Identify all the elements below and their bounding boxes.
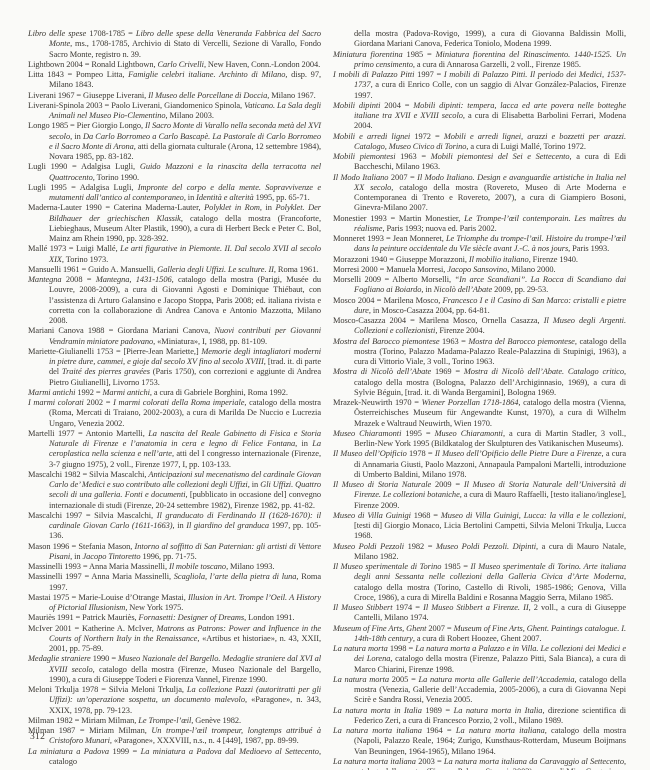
- entry-text: Longo 1985 = Pier Giorgio Longo,: [28, 121, 145, 130]
- entry-text: , a cura di Annarosa Garzelli, 2 voll., …: [413, 60, 581, 69]
- page-number: 312: [30, 732, 45, 742]
- entry-title-text: La natura morta italiana da Caravaggio a…: [444, 757, 624, 766]
- entry-text: , Paris 1993; nuova ed. Paris 2002.: [382, 224, 496, 233]
- entry-text: Mauriès 1991 = Patrick Mauriès,: [28, 613, 139, 622]
- entry-text: , in: [421, 285, 433, 294]
- entry-text: 1995 =: [401, 429, 434, 438]
- entry-text: , ms., 1708-1785, Archivio di Stato di V…: [49, 39, 321, 58]
- bibliography-entry: Miniatura fiorentina 1985 = Miniatura fi…: [333, 50, 626, 71]
- bibliography-entry: La natura morta 2005 = La natura morta a…: [333, 675, 626, 706]
- right-column: della mostra (Padova-Rovigo, 1999), a cu…: [333, 29, 626, 770]
- entry-text: , Milano 1967.: [267, 91, 315, 100]
- entry-title-text: Il Museo dell’Opificio: [333, 449, 407, 458]
- bibliography-entry: Monestier 1993 = Martin Monestier, Le Tr…: [333, 214, 626, 235]
- bibliography-entry: Massinelli 1993 = Anna Maria Massinelli,…: [28, 562, 321, 572]
- entry-text: 1978 =: [407, 449, 435, 458]
- entry-text: , in: [173, 521, 187, 530]
- bibliography-entry: Mauriès 1991 = Patrick Mauriès, Fornaset…: [28, 613, 321, 623]
- entry-title-text: Polyklet in Rom: [204, 203, 260, 212]
- bibliography-entry: Martelli 1977 = Antonio Martelli, La nas…: [28, 429, 321, 470]
- entry-text: , in: [184, 193, 196, 202]
- entry-text: , Genève 1982.: [191, 716, 241, 725]
- entry-text: 1995, pp. 65-71.: [254, 193, 310, 202]
- entry-title-text: Scagliola, l’arte della pietra di luna: [174, 572, 297, 581]
- entry-title-text: Il Museo delle Porcellane di Doccia: [148, 91, 267, 100]
- entry-title-text: La natura morta in Italia: [333, 706, 422, 715]
- entry-text: 1992 =: [75, 388, 102, 397]
- entry-title-text: Mobili e arredi lignei: [333, 132, 410, 141]
- entry-title-text: I marmi colorati della Roma imperiale: [113, 398, 244, 407]
- bibliography-entry: Lugli 1990 = Adalgisa Lugli, Guido Mazzo…: [28, 162, 321, 183]
- entry-text: Morazzoni 1940 = Giuseppe Morazzoni,: [333, 255, 469, 264]
- entry-text: 1963 =: [395, 152, 430, 161]
- bibliography-entry: Mantegna 2008 = Mantegna, 1431-1506, cat…: [28, 275, 321, 326]
- entry-text: , in: [260, 203, 276, 212]
- entry-text: Mascalchi 1982 = Silvia Mascalchi,: [28, 470, 148, 479]
- entry-text: Monestier 1993 = Martin Monestier,: [333, 214, 464, 223]
- bibliography-entry: Marmi antichi 1992 = Marmi antichi, a cu…: [28, 388, 321, 398]
- entry-text: , Paris 1993.: [568, 244, 609, 253]
- bibliography-entry: Longo 1985 = Pier Giorgio Longo, Il Sacr…: [28, 121, 321, 162]
- entry-text: 1963 =: [440, 337, 469, 346]
- bibliography-entry: Mascalchi 1997 = Silvia Mascalchi, Il gr…: [28, 511, 321, 542]
- entry-text: Morresi 2000 = Manuela Morresi,: [333, 265, 447, 274]
- entry-text: , Roma 1961.: [274, 265, 318, 274]
- entry-title-text: Il Museo sperimentale di Torino: [333, 562, 441, 571]
- bibliography-entry: Liverani 1967 = Giuseppe Liverani, Il Mu…: [28, 91, 321, 101]
- bibliography-entry: Mascalchi 1982 = Silvia Mascalchi, Antic…: [28, 470, 321, 511]
- entry-text: Mallé 1973 = Luigi Mallé,: [28, 244, 120, 253]
- entry-text: 1996, pp. 71-75.: [141, 552, 197, 561]
- entry-text: Mansuelli 1961 = Guido A. Mansuelli,: [28, 265, 157, 274]
- entry-text: , Firenze 1940.: [529, 255, 578, 264]
- entry-title-text: Mobili piemontesi del Sei e Settecento: [431, 152, 570, 161]
- bibliography-entry: Il Modo Italiano 2007 = Il Modo Italiano…: [333, 173, 626, 214]
- bibliography-entry: Mobili e arredi lignei 1972 = Mobili e a…: [333, 132, 626, 153]
- bibliography-entry: Mastai 1975 = Marie-Louise d’Otrange Mas…: [28, 593, 321, 614]
- entry-text: Morselli 2009 = Alberto Morselli,: [333, 275, 455, 284]
- entry-title-text: Museo Chiaramonti: [435, 429, 503, 438]
- entry-title-text: Nicolò dell’Abate: [434, 285, 492, 294]
- entry-title-text: Museo Chiaramonti: [333, 429, 401, 438]
- bibliography-entry: I marmi colorati 2002 = I marmi colorati…: [28, 398, 321, 429]
- entry-text: , New Haven, Conn.-London 2004.: [204, 60, 320, 69]
- bibliography-entry: Libro delle spese 1708-1785 = Libro dell…: [28, 29, 321, 60]
- entry-text: Lightbown 2004 = Ronald Lightbown,: [28, 60, 158, 69]
- bibliography-entry: McIver 2001 = Katherine A. McIver, Matro…: [28, 624, 321, 655]
- entry-title-text: Il mobilio italiano: [469, 255, 529, 264]
- entry-text: 1974 =: [392, 603, 423, 612]
- bibliography-entry: Il Museo dell’Opificio 1978 = Il Museo d…: [333, 449, 626, 480]
- entry-text: 2005 =: [389, 675, 418, 684]
- bibliography-entry: Museo Chiaramonti 1995 = Museo Chiaramon…: [333, 429, 626, 450]
- entry-title-text: Jacopo Sansovino: [447, 265, 507, 274]
- entry-title-text: La miniatura a Padova dal Medioevo al Se…: [141, 747, 319, 756]
- entry-text: 1982 =: [404, 542, 436, 551]
- entry-text: Meloni Trkulja 1978 = Silvia Meloni Trku…: [28, 685, 187, 694]
- entry-text: , in Mosco-Casazza 2004, pp. 64-81.: [369, 306, 490, 315]
- entry-title-text: Il giardino del granduca: [186, 521, 269, 530]
- entry-title-text: Jacopo Tintoretto: [82, 552, 140, 561]
- entry-title-text: Mostra di Nicolò dell’Abate: [333, 367, 431, 376]
- entry-text: , in: [248, 480, 260, 489]
- bibliography-entry: Mostra di Nicolò dell’Abate 1969 = Mostr…: [333, 367, 626, 398]
- entry-title-text: Il Modo Italiano: [333, 173, 388, 182]
- entry-text: Milman 1987 = Miriam Milman,: [28, 726, 151, 735]
- bibliography-entry: Mobili piemontesi 1963 = Mobili piemonte…: [333, 152, 626, 173]
- bibliography-entry: Mosco-Casazza 2004 = Marilena Mosco, Orn…: [333, 316, 626, 337]
- entry-text: Massinelli 1997 = Anna Maria Massinelli,: [28, 572, 174, 581]
- entry-title-text: Mobili piemontesi: [333, 152, 395, 161]
- entry-title-text: Marmi antichi: [102, 388, 149, 397]
- entry-text: , in: [70, 552, 82, 561]
- entry-title-text: Fornasetti: Designer of Dreams: [139, 613, 245, 622]
- entry-title-text: Museo Poldi Pezzoli. Dipinti: [436, 542, 536, 551]
- entry-text: , catalogo della mostra (Firenze, Palazz…: [354, 654, 626, 673]
- entry-title-text: La natura morta italiana: [333, 757, 416, 766]
- entry-title-text: Mostra del Barocco piemontese: [468, 337, 575, 346]
- entry-text: 1989 =: [422, 706, 454, 715]
- bibliography-entry: Mansuelli 1961 = Guido A. Mansuelli, Gal…: [28, 265, 321, 275]
- entry-text: Liverani-Spinola 2003 = Paolo Liverani, …: [28, 101, 244, 110]
- entry-title-text: Libro delle spese: [28, 29, 86, 38]
- bibliography-entry: Morselli 2009 = Alberto Morselli, “In ar…: [333, 275, 626, 296]
- entry-text: , in: [295, 439, 312, 448]
- entry-text: 2009 =: [431, 480, 464, 489]
- entry-title-text: La natura morta in Italia: [454, 706, 543, 715]
- entry-text: 2002 =: [84, 398, 113, 407]
- entry-text: , a cura di Enrico Colle, con un saggio …: [354, 80, 626, 99]
- entry-text: , Milano 2003.: [166, 111, 214, 120]
- entry-title-text: Famiglie celebri italiane. Archinto di M…: [128, 70, 285, 79]
- entry-text: della mostra (Padova-Rovigo, 1999), a cu…: [354, 29, 626, 48]
- entry-text: , Milano 1993.: [226, 562, 274, 571]
- bibliography-entry: Morazzoni 1940 = Giuseppe Morazzoni, Il …: [333, 255, 626, 265]
- entry-text: , a cura di Gabriele Borghini, Roma 1992…: [150, 388, 288, 397]
- entry-text: , New York 1975.: [125, 603, 183, 612]
- entry-text: 1985 =: [403, 50, 436, 59]
- bibliography-entry: I mobili di Palazzo Pitti 1997 = I mobil…: [333, 70, 626, 101]
- bibliography-entry: Milman 1987 = Miriam Milman, Un trompe-l…: [28, 726, 321, 747]
- entry-text: , catalogo della mostra (Rovereto, Museo…: [354, 183, 626, 213]
- entry-text: , Firenze 2004.: [435, 326, 484, 335]
- entry-title-text: Identità e alterità: [196, 193, 253, 202]
- entry-text: Mrazek-Neuwirth 1970 =: [333, 398, 422, 407]
- entry-text: , in: [70, 132, 83, 141]
- entry-text: Mosco 2004 = Marilena Mosco,: [333, 296, 443, 305]
- bibliography-entry: Monneret 1993 = Jean Monneret, Le Triomp…: [333, 234, 626, 255]
- entry-text: 1990 =: [91, 654, 118, 663]
- entry-text: Litta 1843 = Pompeo Litta,: [28, 70, 128, 79]
- entry-title-text: La natura morta alle Gallerie dell’Accad…: [418, 675, 574, 684]
- bibliography-page: Libro delle spese 1708-1785 = Libro dell…: [0, 0, 650, 770]
- entry-title-text: Museo Poldi Pezzoli: [333, 542, 404, 551]
- entry-title-text: Wiener Porzellan 1718-1864: [422, 398, 519, 407]
- entry-title-text: La natura morta: [333, 644, 388, 653]
- entry-text: 2003 =: [416, 757, 444, 766]
- entry-title-text: Museo di Villa Guinigi: [333, 511, 411, 520]
- entry-text: 2009, pp. 29-53.: [492, 285, 548, 294]
- bibliography-entry: Massinelli 1997 = Anna Maria Massinelli,…: [28, 572, 321, 593]
- entry-text: Milman 1982 = Miriam Milman,: [28, 716, 138, 725]
- entry-title-text: La miniatura a Padova: [28, 747, 109, 756]
- entry-text: Liverani 1967 = Giuseppe Liverani,: [28, 91, 148, 100]
- entry-text: 1997 =: [414, 70, 443, 79]
- entry-text: 1999 =: [109, 747, 141, 756]
- entry-text: Mastai 1975 = Marie-Louise d’Otrange Mas…: [28, 593, 188, 602]
- bibliography-entry: Meloni Trkulja 1978 = Silvia Meloni Trku…: [28, 685, 321, 716]
- entry-title-text: La natura morta: [333, 675, 389, 684]
- bibliography-entry: Mrazek-Neuwirth 1970 = Wiener Porzellan …: [333, 398, 626, 429]
- entry-title-text: Carlo Crivelli: [158, 60, 204, 69]
- entry-text: 1968 =: [411, 511, 441, 520]
- entry-text: , a cura di Luigi Mallé, Torino 1972.: [466, 142, 586, 151]
- bibliography-entry: Lightbown 2004 = Ronald Lightbown, Carlo…: [28, 60, 321, 70]
- text-columns: Libro delle spese 1708-1785 = Libro dell…: [28, 29, 626, 770]
- bibliography-entry: Mason 1996 = Stefania Mason, Intorno al …: [28, 542, 321, 563]
- entry-title-text: Il Museo dell’Opificio delle Pietre Dure…: [435, 449, 602, 458]
- entry-title-text: Galleria degli Uffizi. Le sculture. II: [157, 265, 274, 274]
- entry-text: 2004 =: [380, 101, 413, 110]
- entry-title-text: Mantegna, 1431-1506: [96, 275, 172, 284]
- bibliography-entry: Liverani-Spinola 2003 = Paolo Liverani, …: [28, 101, 321, 122]
- bibliography-entry: Museum of Fine Arts, Ghent 2007 = Museum…: [333, 624, 626, 645]
- entry-title-text: Museum of Fine Arts, Ghent: [333, 624, 426, 633]
- entry-text: Massinelli 1993 = Anna Maria Massinelli,: [28, 562, 169, 571]
- entry-text: Martelli 1977 = Antonio Martelli,: [28, 429, 148, 438]
- entry-text: Monneret 1993 = Jean Monneret,: [333, 234, 446, 243]
- entry-title-text: La natura morta italiana: [333, 726, 422, 735]
- bibliography-entry: Il Museo Stibbert 1974 = Il Museo Stibbe…: [333, 603, 626, 624]
- entry-text: 1708-1785 =: [86, 29, 136, 38]
- bibliography-entry: Mallé 1973 = Luigi Mallé, Le arti figura…: [28, 244, 321, 265]
- entry-text: 1964 =: [422, 726, 456, 735]
- entry-title-text: Il Museo Stibbert: [333, 603, 392, 612]
- entry-title-text: I mobili di Palazzo Pitti: [333, 70, 414, 79]
- bibliography-entry: Morresi 2000 = Manuela Morresi, Jacopo S…: [333, 265, 626, 275]
- entry-title-text: I marmi colorati: [28, 398, 84, 407]
- entry-title-text: Mostra del Barocco piemontese: [333, 337, 440, 346]
- entry-text: 2007 =: [388, 173, 417, 182]
- entry-text: 1972 =: [410, 132, 444, 141]
- bibliography-entry: La miniatura a Padova 1999 = La miniatur…: [28, 747, 321, 768]
- entry-text: Mascalchi 1997 = Silvia Mascalchi,: [28, 511, 157, 520]
- entry-text: , Milano 2000.: [507, 265, 555, 274]
- entry-text: 2008 =: [62, 275, 96, 284]
- entry-text: Mariani Canova 1988 = Giordana Mariani C…: [28, 326, 214, 335]
- entry-title-text: Mostra di Nicolò dell’Abate. Catalogo cr…: [464, 367, 624, 376]
- entry-text: 1969 =: [431, 367, 464, 376]
- bibliography-entry: La natura morta 1998 = La natura morta a…: [333, 644, 626, 675]
- entry-title-text: Il mobile toscano: [169, 562, 226, 571]
- entry-title-text: Le Trompe-l’œil: [138, 716, 191, 725]
- bibliography-entry: Milman 1982 = Miriam Milman, Le Trompe-l…: [28, 716, 321, 726]
- bibliography-entry: Museo di Villa Guinigi 1968 = Museo di V…: [333, 511, 626, 542]
- entry-title-text: Mobili dipinti: [333, 101, 380, 110]
- bibliography-entry: Medaglie straniere 1990 = Museo Nazional…: [28, 654, 321, 685]
- entry-text: 2007 =: [426, 624, 453, 633]
- bibliography-entry: della mostra (Padova-Rovigo, 1999), a cu…: [333, 29, 626, 50]
- entry-text: 1985 =: [441, 562, 470, 571]
- entry-text: Lugli 1990 = Adalgisa Lugli,: [28, 162, 140, 171]
- entry-title-text: Medaglie straniere: [28, 654, 91, 663]
- entry-title-text: Il Museo di Storia Naturale: [333, 480, 431, 489]
- left-column: Libro delle spese 1708-1785 = Libro dell…: [28, 29, 321, 770]
- entry-title-text: Museo di Villa Guinigi, Lucca: la villa …: [441, 511, 624, 520]
- bibliography-entry: Lugli 1995 = Adalgisa Lugli, Impronte de…: [28, 183, 321, 204]
- entry-title-text: Traité des pierres gravées: [62, 367, 150, 376]
- entry-text: , «Paragone», XXXVIII, n.s., n. 4 [449],…: [110, 736, 299, 745]
- bibliography-entry: La natura morta in Italia 1989 = La natu…: [333, 706, 626, 727]
- bibliography-entry: Litta 1843 = Pompeo Litta, Famiglie cele…: [28, 70, 321, 91]
- entry-title-text: La natura morta italiana: [456, 726, 545, 735]
- bibliography-entry: Museo Poldi Pezzoli 1982 = Museo Poldi P…: [333, 542, 626, 563]
- bibliography-entry: La natura morta italiana 1964 = La natur…: [333, 726, 626, 757]
- entry-title-text: Il Museo Stibbert a Firenze. II: [423, 603, 528, 612]
- entry-title-text: Mantegna: [28, 275, 62, 284]
- entry-text: , Torino 1990.: [93, 173, 139, 182]
- bibliography-entry: Il Museo di Storia Naturale 2009 = Il Mu…: [333, 480, 626, 511]
- bibliography-entry: Mobili dipinti 2004 = Mobili dipinti: te…: [333, 101, 626, 132]
- entry-text: Mosco-Casazza 2004 = Marilena Mosco, Orn…: [333, 316, 544, 325]
- bibliography-entry: Mariani Canova 1988 = Giordana Mariani C…: [28, 326, 321, 347]
- bibliography-entry: Mostra del Barocco piemontese 1963 = Mos…: [333, 337, 626, 368]
- entry-text: Maderna-Lauter 1990 = Caterina Maderna-L…: [28, 203, 204, 212]
- bibliography-entry: La natura morta italiana 2003 = La natur…: [333, 757, 626, 770]
- entry-title-text: Miniatura fiorentina: [333, 50, 403, 59]
- entry-text: , a cura di Robert Hoozee, Ghent 2007.: [413, 634, 542, 643]
- entry-title-text: Marmi antichi: [28, 388, 75, 397]
- entry-text: , «Miniatura», I, 1988, pp. 81-109.: [153, 337, 267, 346]
- entry-text: , Torino 1973.: [62, 255, 108, 264]
- entry-text: Lugli 1995 = Adalgisa Lugli,: [28, 183, 138, 192]
- bibliography-entry: Mosco 2004 = Marilena Mosco, Francesco I…: [333, 296, 626, 317]
- entry-text: , London 1991.: [244, 613, 294, 622]
- bibliography-entry: Maderna-Lauter 1990 = Caterina Maderna-L…: [28, 203, 321, 244]
- entry-text: 1998 =: [388, 644, 416, 653]
- entry-text: Mason 1996 = Stefania Mason,: [28, 542, 135, 551]
- entry-text: McIver 2001 = Katherine A. McIver,: [28, 624, 157, 633]
- bibliography-entry: Il Museo sperimentale di Torino 1985 = I…: [333, 562, 626, 603]
- entry-text: Mariette-Giulianelli 1753 = [Pierre-Jean…: [28, 347, 201, 356]
- bibliography-entry: Mariette-Giulianelli 1753 = [Pierre-Jean…: [28, 347, 321, 388]
